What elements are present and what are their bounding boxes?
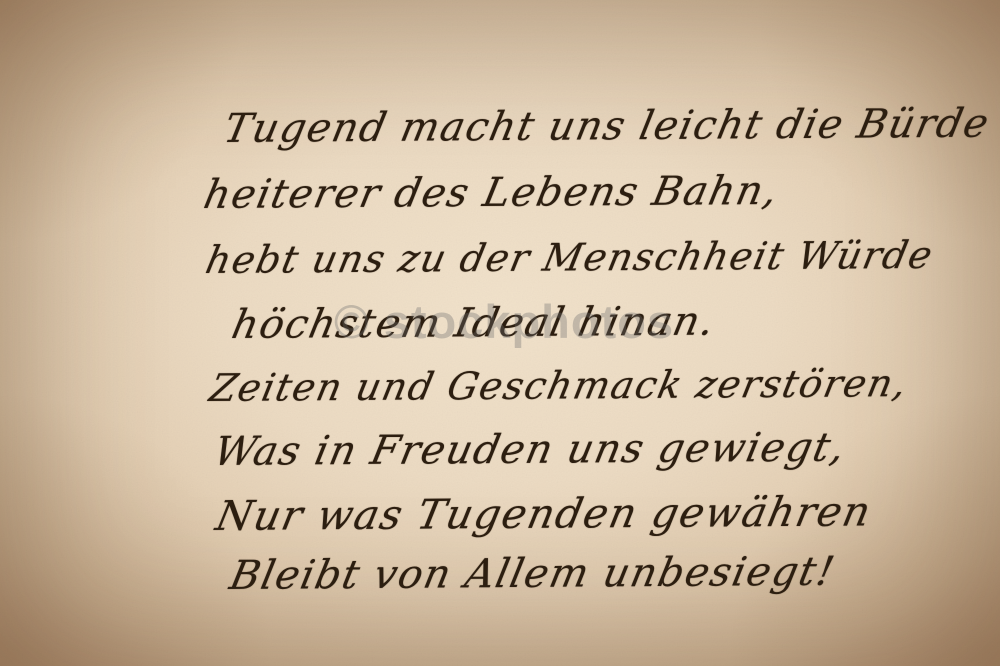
- manuscript-line-7: Nur was Tugenden gewähren: [212, 487, 876, 540]
- manuscript-line-4: höchstem Ideal hinan.: [228, 299, 720, 348]
- manuscript-line-8: Bleibt von Allem unbesiegt!: [226, 549, 839, 599]
- manuscript-line-6: Was in Freuden uns gewiegt,: [210, 425, 850, 475]
- manuscript-line-5: Zeiten und Geschmack zerstören,: [206, 361, 912, 410]
- manuscript-line-3: hebt uns zu der Menschheit Würde: [202, 233, 937, 282]
- manuscript-line-2: heiterer des Lebens Bahn,: [200, 168, 783, 218]
- manuscript-line-1: Tugend macht uns leicht die Bürde: [220, 101, 994, 152]
- aged-paper-manuscript-photo: Tugend macht uns leicht die Bürde heiter…: [0, 0, 1000, 666]
